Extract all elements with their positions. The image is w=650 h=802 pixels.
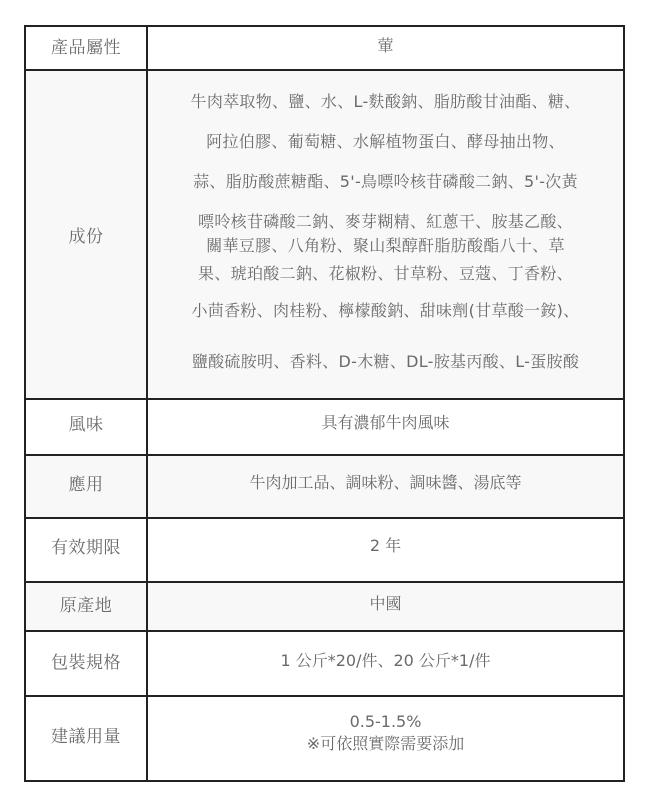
row-label: 應用 [26,456,148,517]
table-row-dosage: 建議用量 0.5-1.5% ※可依照實際需要添加 [26,695,623,780]
row-label: 原產地 [26,583,148,630]
dosage-range: 0.5-1.5% [350,711,422,733]
dosage-note: ※可依照實際需要添加 [307,733,464,755]
ingredients-line: 關華豆膠、八角粉、聚山梨醇酐脂肪酸酯八十、草 [148,233,623,256]
row-label: 風味 [26,400,148,454]
row-label: 成份 [26,71,148,398]
table-row-product-attribute: 產品屬性 葷 [26,27,623,69]
row-value: 牛肉加工品、調味粉、調味醬、湯底等 [148,456,623,517]
table-row-application: 應用 牛肉加工品、調味粉、調味醬、湯底等 [26,454,623,517]
row-value: 牛肉萃取物、鹽、水、L-麩酸鈉、脂肪酸甘油酯、糖、 阿拉伯膠、葡萄糖、水解植物蛋… [148,71,623,398]
ingredients-line: 阿拉伯膠、葡萄糖、水解植物蛋白、酵母抽出物、 [148,129,623,152]
product-spec-table: 產品屬性 葷 成份 牛肉萃取物、鹽、水、L-麩酸鈉、脂肪酸甘油酯、糖、 阿拉伯膠… [24,25,625,782]
row-value: 0.5-1.5% ※可依照實際需要添加 [148,697,623,780]
row-label: 包裝規格 [26,632,148,695]
ingredients-line: 鹽酸硫胺明、香料、D-木糖、DL-胺基丙酸、L-蛋胺酸 [148,349,623,372]
ingredients-line: 果、琥珀酸二鈉、花椒粉、甘草粉、豆蔻、丁香粉、 [148,261,623,284]
ingredients-line: 蒜、脂肪酸蔗糖酯、5'-鳥嘌呤核苷磷酸二鈉、5'-次黃 [148,169,623,192]
row-label: 產品屬性 [26,27,148,69]
table-row-ingredients: 成份 牛肉萃取物、鹽、水、L-麩酸鈉、脂肪酸甘油酯、糖、 阿拉伯膠、葡萄糖、水解… [26,69,623,398]
ingredients-list: 牛肉萃取物、鹽、水、L-麩酸鈉、脂肪酸甘油酯、糖、 阿拉伯膠、葡萄糖、水解植物蛋… [148,71,623,398]
ingredients-line: 牛肉萃取物、鹽、水、L-麩酸鈉、脂肪酸甘油酯、糖、 [148,89,623,112]
shelf-life-value: 2 年 [370,533,401,556]
row-label: 建議用量 [26,697,148,780]
table-row-packaging: 包裝規格 1 公斤*20/件、20 公斤*1/件 [26,630,623,695]
row-label: 有效期限 [26,519,148,581]
packaging-value: 1 公斤*20/件、20 公斤*1/件 [280,648,490,671]
table-row-origin: 原產地 中國 [26,581,623,630]
row-value: 葷 [148,27,623,69]
ingredients-line: 嘌呤核苷磷酸二鈉、麥芽糊精、紅蔥干、胺基乙酸、 [148,209,623,232]
origin-value: 中國 [369,591,401,614]
application-value: 牛肉加工品、調味粉、調味醬、湯底等 [249,470,521,493]
table-row-shelf-life: 有效期限 2 年 [26,517,623,581]
row-value: 2 年 [148,519,623,581]
product-attribute-value: 葷 [377,33,393,56]
row-value: 中國 [148,583,623,630]
row-value: 具有濃郁牛肉風味 [148,400,623,454]
flavor-value: 具有濃郁牛肉風味 [321,410,449,433]
table-row-flavor: 風味 具有濃郁牛肉風味 [26,398,623,454]
row-value: 1 公斤*20/件、20 公斤*1/件 [148,632,623,695]
ingredients-line: 小茴香粉、肉桂粉、檸檬酸鈉、甜味劑(甘草酸一銨)、 [148,298,623,321]
